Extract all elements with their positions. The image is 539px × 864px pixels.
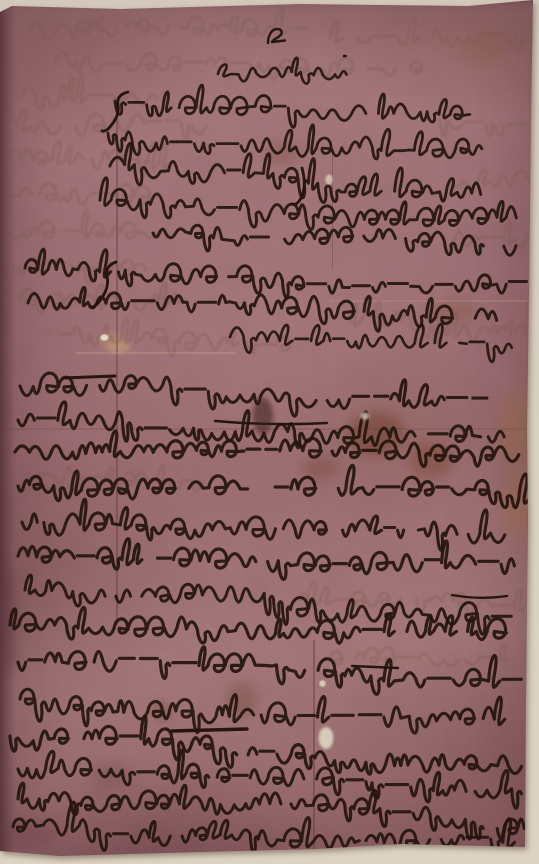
bleedthrough-line-13 (440, 120, 532, 136)
underline-line11 (215, 421, 327, 424)
paper-stain-2 (345, 410, 407, 458)
fold-crease-7 (526, 300, 528, 560)
scanned-letter-page: Handwritten Tamil manuscript letter — pa… (0, 0, 539, 864)
paper-stain-12 (420, 300, 480, 324)
paper-stain-21 (360, 412, 370, 420)
fold-crease-2 (332, 148, 333, 268)
paper-shadow-wrap (0, 0, 539, 864)
handwriting-line-l10 (20, 373, 490, 416)
bleedthrough-line-3 (55, 52, 422, 79)
bleedthrough-line-17 (300, 582, 525, 617)
fold-crease-5 (0, 428, 539, 430)
handwriting-line-l23 (13, 802, 515, 853)
paper-stain-7 (225, 680, 259, 720)
handwriting-line-heading (218, 58, 347, 84)
crease-layer (0, 0, 539, 864)
paper-stain-19 (319, 680, 326, 687)
bleedthrough-line-9 (13, 258, 147, 282)
paper-stain-8 (150, 700, 172, 722)
handwriting-line-l05 (100, 178, 516, 230)
handwriting-line-l07 (25, 249, 530, 298)
paper-stain-1 (252, 396, 274, 436)
handwriting-line-l08 (28, 287, 503, 331)
stain-layer-above-ink (0, 0, 539, 864)
bleedthrough-line-8 (10, 210, 158, 238)
handwriting-line-l15 (18, 539, 514, 580)
handwriting-line-l21 (18, 750, 521, 808)
fold-crease-1 (116, 105, 118, 625)
handwriting-line-l22 (18, 783, 524, 839)
bleedthrough-line-2 (330, 18, 525, 50)
long-dash-line10 (63, 376, 115, 378)
paper-stain-11 (90, 760, 130, 790)
bleedthrough-line-5 (5, 110, 206, 138)
handwriting-line-l18 (18, 647, 524, 694)
bleedthrough-line-15 (455, 222, 539, 248)
long-dash-line20 (172, 729, 247, 731)
descender-line5 (292, 168, 304, 204)
bleedthrough-ink-layer (0, 0, 539, 864)
handwriting-line-l04 (110, 143, 481, 202)
paper-stain-13 (460, 35, 510, 65)
handwriting-line-l03 (108, 125, 482, 159)
handwriting-line-l09 (230, 324, 512, 362)
paper-stain-9 (498, 386, 532, 476)
handwriting-line-l14 (22, 499, 505, 550)
paper-stain-10 (500, 470, 530, 540)
handwriting-line-l17 (10, 608, 506, 644)
paper-stain-20 (325, 174, 333, 185)
fold-crease-6 (330, 300, 539, 302)
paper-stain-4 (300, 455, 340, 481)
handwriting-line-l19 (20, 689, 505, 733)
bleedthrough-line-1 (30, 10, 311, 39)
handwriting-line-l16 (25, 575, 514, 634)
fold-crease-4 (76, 352, 236, 354)
pillaiyar-suzhi-mark (268, 29, 285, 43)
handwriting-line-l06 (153, 225, 516, 255)
letter-paper (0, 0, 539, 864)
bleedthrough-line-7 (5, 183, 151, 204)
handwriting-line-l20 (10, 716, 522, 774)
handwriting-ink-layer (0, 0, 539, 864)
stain-layer-below-ink (0, 0, 539, 864)
bleedthrough-line-11 (60, 318, 290, 356)
bleedthrough-line-14 (450, 169, 535, 187)
bleedthrough-line-4 (8, 75, 157, 109)
handwriting-line-l11 (18, 402, 504, 448)
paper-stain-17 (318, 726, 334, 750)
bleedthrough-line-16 (40, 465, 203, 492)
bleedthrough-line-6 (8, 142, 169, 175)
handwriting-line-l12 (15, 431, 519, 466)
paper-grain-texture (0, 0, 539, 864)
paper-stain-3 (408, 440, 454, 480)
underline-line18 (352, 666, 398, 668)
sri-flourish-line2 (102, 92, 128, 131)
fold-crease-3 (313, 640, 315, 852)
handwriting-line-l02 (115, 85, 470, 127)
paper-stain-18 (100, 334, 109, 341)
underline-line16 (452, 595, 507, 598)
bleedthrough-line-12 (350, 302, 526, 343)
bleedthrough-line-18 (330, 645, 509, 666)
paper-stain-6 (106, 340, 132, 354)
paper-stain-14 (262, 140, 302, 166)
paper-left-edge-shade (0, 0, 16, 864)
handwriting-line-l13 (18, 465, 531, 507)
bleedthrough-line-10 (20, 283, 180, 313)
paper-stain-5 (96, 330, 126, 352)
sri-flourish-line7 (90, 262, 116, 307)
